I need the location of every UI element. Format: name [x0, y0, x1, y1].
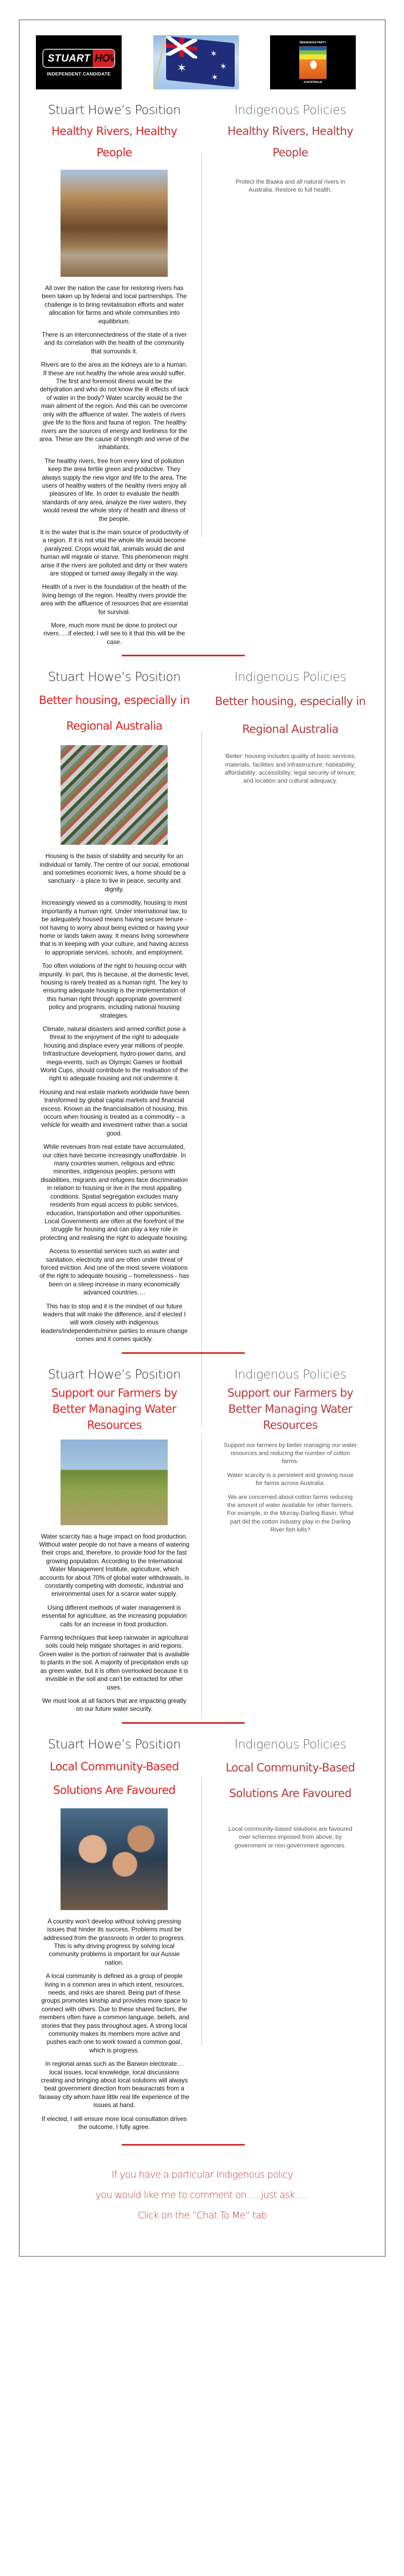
policy-section-water: Stuart Howe’s Position Support our Farme… — [20, 1354, 385, 1719]
policy-title: Indigenous Policies — [212, 670, 369, 684]
stuart-howe-logo: STUART HOWE INDEPENDENT CANDIDATE — [36, 35, 122, 89]
policy-headline: Healthy Rivers, Healthy People — [212, 120, 369, 163]
content-frame: STUART HOWE INDEPENDENT CANDIDATE ✶ ✶ ✶ … — [19, 19, 386, 2257]
position-column: Stuart Howe’s Position Local Community-B… — [20, 1732, 203, 2137]
policy-body: Support our farmers by better managing o… — [212, 1442, 369, 1535]
position-title: Stuart Howe’s Position — [34, 103, 195, 117]
position-title: Stuart Howe’s Position — [34, 670, 195, 684]
star-icon: ✶ — [220, 61, 227, 72]
policy-title: Indigenous Policies — [212, 103, 369, 117]
position-headline: Better housing, especially in Regional A… — [34, 687, 195, 739]
community-group-photo — [61, 1808, 168, 1910]
column-divider — [201, 1434, 202, 1718]
indigenous-logo-bottom-text: of AUSTRALIA — [304, 81, 323, 84]
australian-flag-image: ✶ ✶ ✶ ✶ — [153, 35, 239, 89]
position-headline: Support our Farmers by Better Managing W… — [34, 1385, 195, 1433]
policy-headline: Support our Farmers by Better Managing W… — [212, 1385, 369, 1433]
logo-row: STUART HOWE INDEPENDENT CANDIDATE ✶ ✶ ✶ … — [20, 35, 385, 89]
policy-section-rivers: Stuart Howe’s Position Healthy Rivers, H… — [20, 89, 385, 651]
cta-line-1: If you have a particular Indigenous poli… — [20, 2165, 385, 2185]
position-title: Stuart Howe’s Position — [34, 1738, 195, 1752]
chat-call-to-action: If you have a particular Indigenous poli… — [20, 2165, 385, 2226]
policy-title: Indigenous Policies — [212, 1368, 369, 1382]
column-divider — [201, 153, 202, 538]
river-gum-trees-photo — [61, 170, 168, 277]
policy-column: Indigenous Policies Healthy Rivers, Heal… — [203, 98, 385, 651]
farm-irrigation-photo — [61, 1439, 168, 1525]
union-jack-icon — [166, 36, 197, 58]
position-body: Housing is the basis of stability and se… — [34, 852, 195, 1343]
stuart-howe-badge: STUART HOWE — [42, 49, 115, 68]
cta-line-3: Click on the “Chat To Me” tab — [20, 2206, 385, 2226]
cta-line-2: you would like me to comment on…..just a… — [20, 2185, 385, 2206]
section-divider — [122, 2144, 245, 2146]
policy-section-housing: Stuart Howe’s Position Better housing, e… — [20, 656, 385, 1348]
column-divider — [201, 1777, 202, 2045]
logo-text-stuart: STUART — [43, 50, 93, 67]
flag-pole — [153, 38, 166, 89]
policy-section-community: Stuart Howe’s Position Local Community-B… — [20, 1724, 385, 2137]
logo-text-howe: HOWE — [93, 50, 115, 67]
policy-title: Indigenous Policies — [212, 1738, 369, 1752]
star-icon: ✶ — [177, 60, 186, 75]
position-column: Stuart Howe’s Position Support our Farme… — [20, 1362, 203, 1719]
position-body: A country won’t develop without solving … — [34, 1918, 195, 2132]
policy-body: ‘Better’ housing includes quality of bas… — [212, 753, 369, 786]
star-icon: ✶ — [210, 48, 217, 59]
policy-body: Protect the Baaka and all natural rivers… — [212, 178, 369, 195]
indigenous-logo-top-text: INDIGENOUS PARTY — [300, 41, 326, 44]
policy-headline: Better housing, especially in Regional A… — [212, 687, 369, 743]
aerial-housing-photo — [61, 745, 168, 845]
position-body: Water scarcity has a huge impact on food… — [34, 1533, 195, 1714]
policy-body: Local community-based solutions are favo… — [212, 1825, 369, 1850]
position-headline: Local Community-Based Solutions Are Favo… — [34, 1755, 195, 1802]
position-column: Stuart Howe’s Position Healthy Rivers, H… — [20, 98, 203, 651]
policy-headline: Local Community-Based Solutions Are Favo… — [212, 1755, 369, 1806]
policy-column: Indigenous Policies Support our Farmers … — [203, 1362, 385, 1719]
indigenous-emblem-icon — [299, 46, 327, 79]
position-body: All over the nation the case for restori… — [34, 284, 195, 646]
position-column: Stuart Howe’s Position Better housing, e… — [20, 665, 203, 1348]
position-title: Stuart Howe’s Position — [34, 1368, 195, 1382]
policy-column: Indigenous Policies Better housing, espe… — [203, 665, 385, 1348]
policy-column: Indigenous Policies Local Community-Base… — [203, 1732, 385, 2137]
star-icon: ✶ — [211, 72, 218, 83]
logo-subtitle: INDEPENDENT CANDIDATE — [47, 71, 110, 77]
flag-icon: ✶ ✶ ✶ ✶ — [166, 36, 235, 87]
indigenous-party-logo: INDIGENOUS PARTY of AUSTRALIA — [270, 35, 356, 89]
position-headline: Healthy Rivers, Healthy People — [34, 120, 195, 163]
column-divider — [201, 731, 202, 1427]
